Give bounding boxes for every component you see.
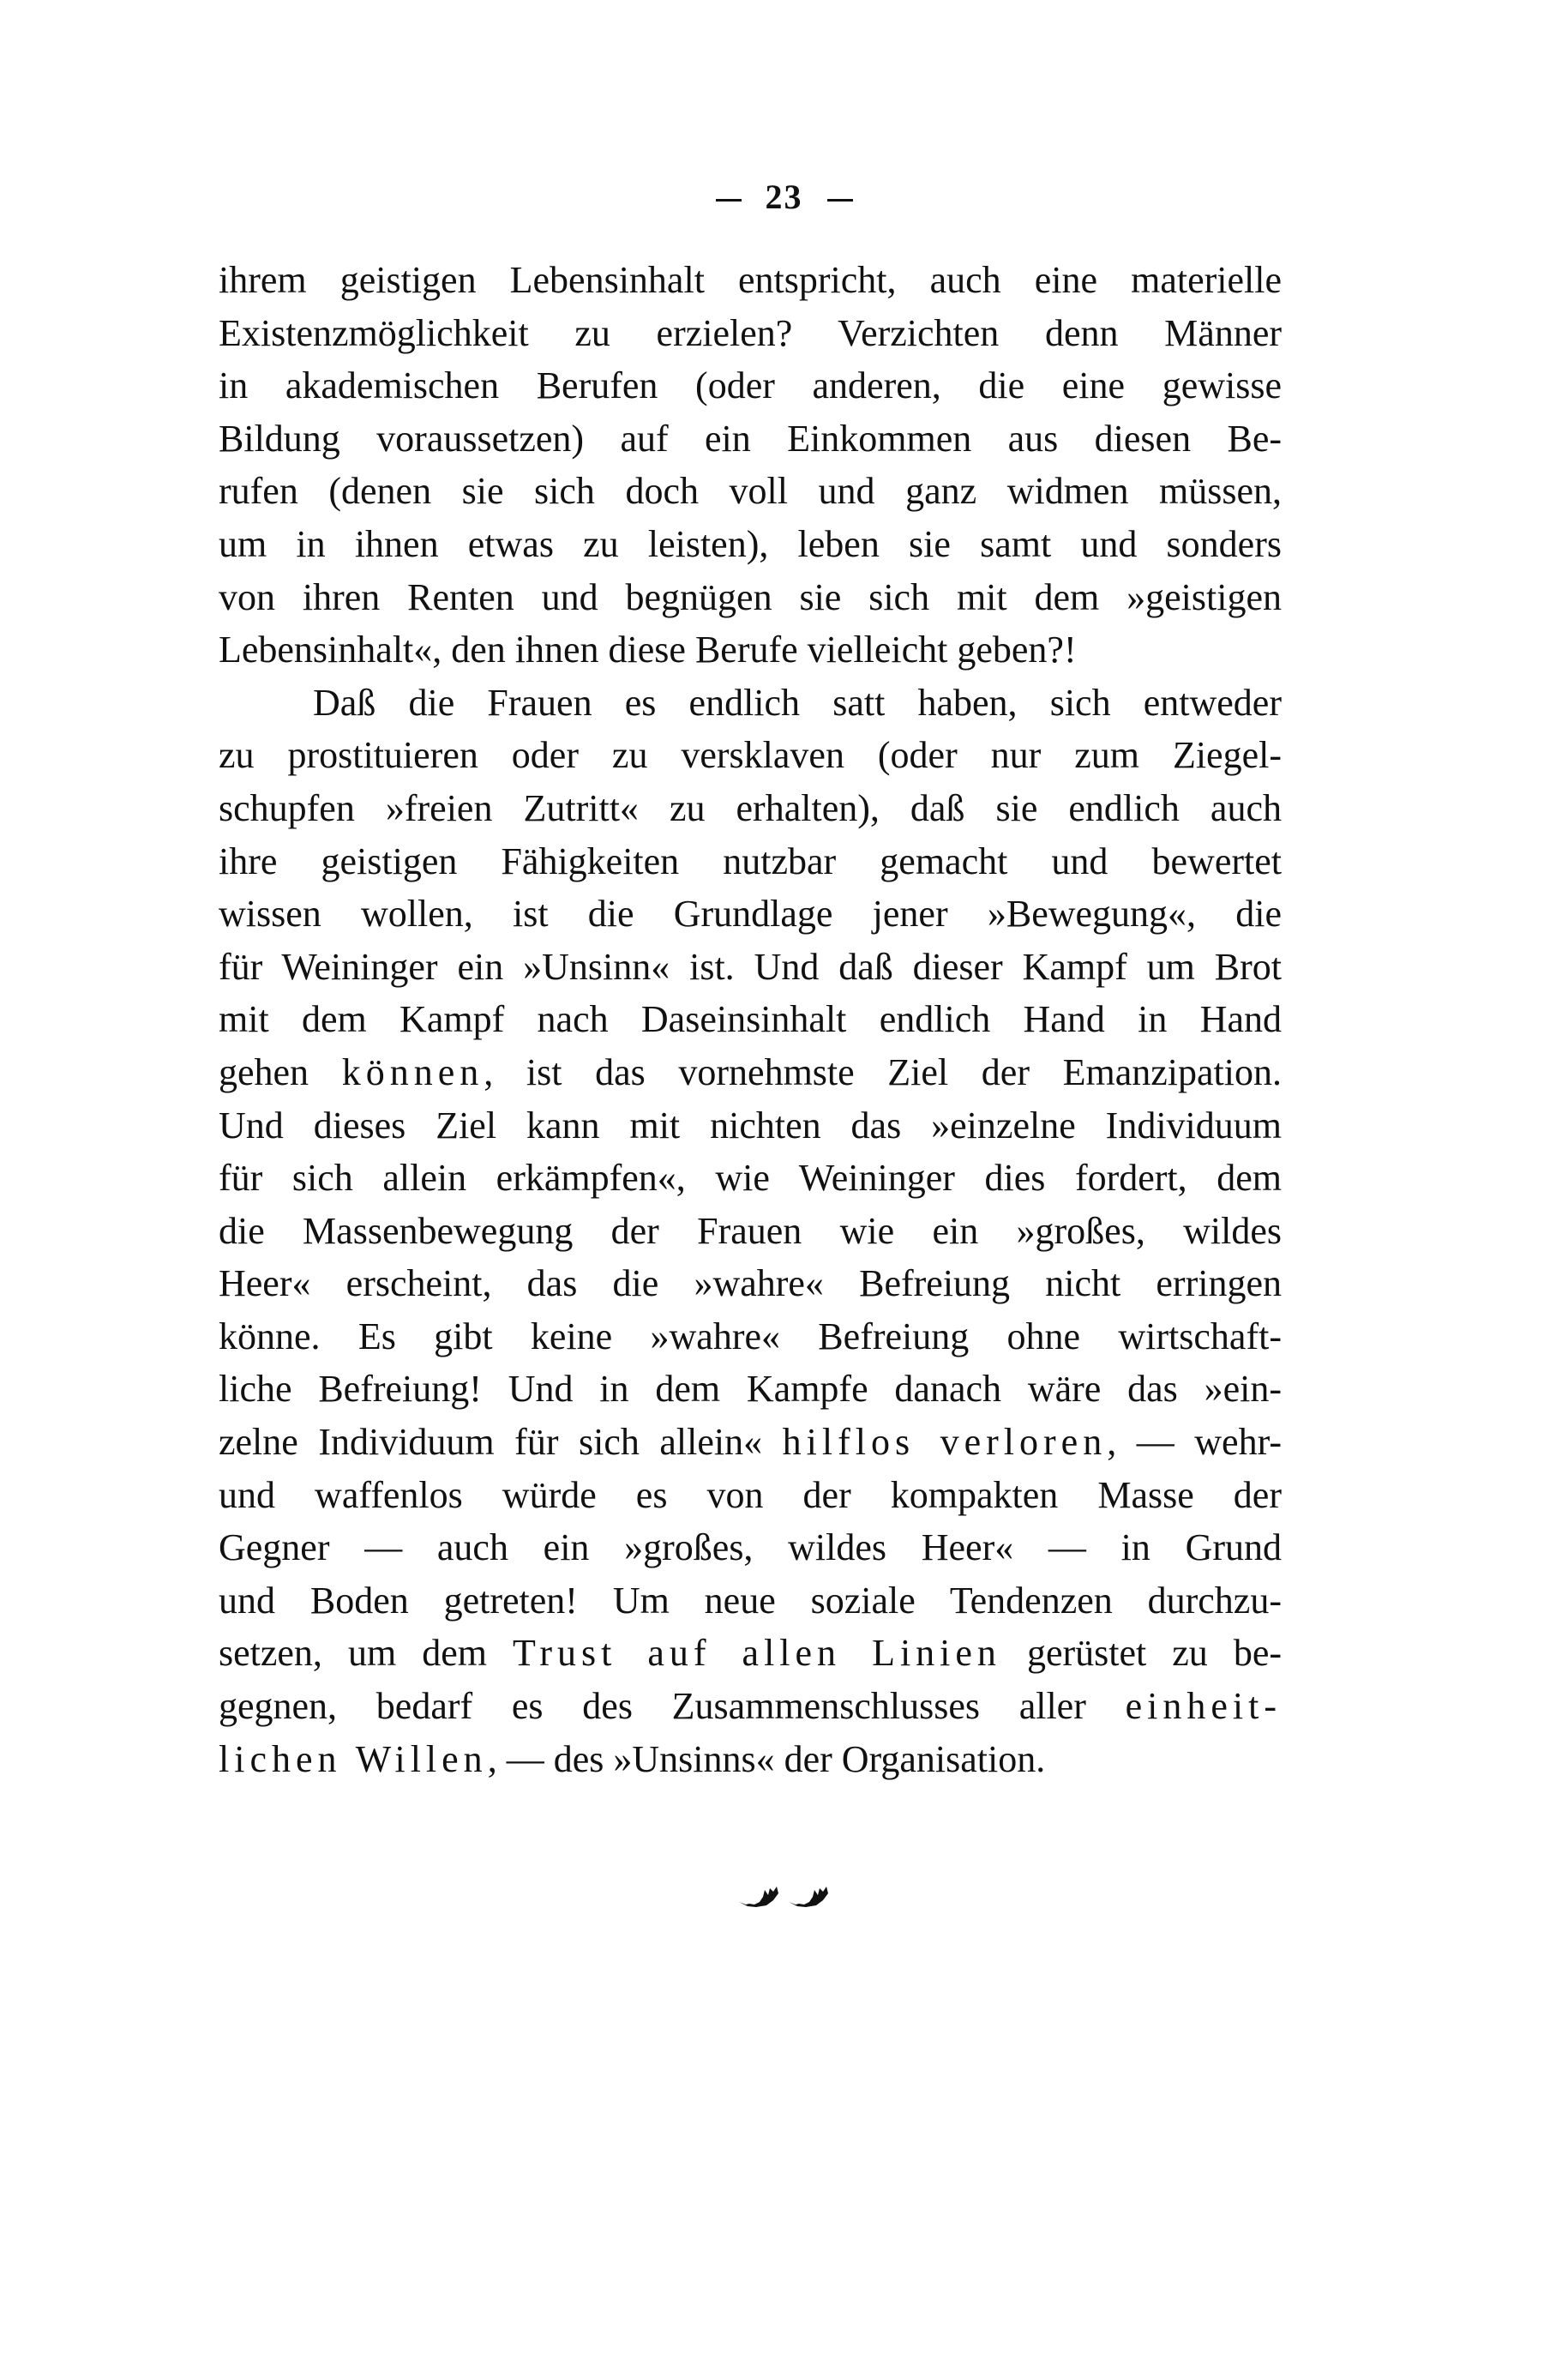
emphasis-text: einheit-: [1126, 1685, 1282, 1727]
text-line: ihre geistigen Fähigkeiten nutzbar gemac…: [219, 835, 1282, 888]
text-line: Bildung voraussetzen) auf ein Einkommen …: [219, 412, 1282, 466]
text-line: und Boden getreten! Um neue soziale Tend…: [219, 1574, 1282, 1628]
text-line: liche Befreiung! Und in dem Kampfe danac…: [219, 1363, 1282, 1416]
text-line: ihrem geistigen Lebensinhalt entspricht,…: [219, 254, 1282, 307]
emphasis-text: lichen Willen: [219, 1738, 488, 1780]
text-line: gehen können, ist das vornehmste Ziel de…: [219, 1046, 1282, 1099]
text-line: und waffenlos würde es von der kompakten…: [219, 1469, 1282, 1522]
text-line: in akademischen Berufen (oder anderen, d…: [219, 359, 1282, 412]
text-line: mit dem Kampf nach Daseinsinhalt endlich…: [219, 993, 1282, 1046]
text-line: Heer« erscheint, das die »wahre« Befreiu…: [219, 1257, 1282, 1310]
text-line: gegnen, bedarf es des Zusammenschlusses …: [219, 1680, 1282, 1733]
text-line: die Massenbewegung der Frauen wie ein »g…: [219, 1205, 1282, 1258]
text-line: für sich allein erkämpfen«, wie Weininge…: [219, 1152, 1282, 1205]
text-line: Daß die Frauen es endlich satt haben, si…: [219, 677, 1282, 730]
text-line: Existenzmöglichkeit zu erzielen? Verzich…: [219, 307, 1282, 360]
text-line: Lebensinhalt«, den ihnen diese Berufe vi…: [219, 623, 1282, 677]
emphasis-text: Trust auf allen Linien: [513, 1632, 1001, 1674]
text-line: für Weininger ein »Unsinn« ist. Und daß …: [219, 941, 1282, 994]
page-number-header: 23: [0, 177, 1568, 217]
dash-right: [827, 199, 853, 202]
text-line: Gegner — auch ein »großes, wildes Heer« …: [219, 1521, 1282, 1574]
text-line: könne. Es gibt keine »wahre« Befreiung o…: [219, 1310, 1282, 1363]
text-line: lichen Willen, — des »Unsinns« der Organ…: [219, 1733, 1282, 1786]
body-text: ihrem geistigen Lebensinhalt entspricht,…: [219, 254, 1282, 1785]
text-line: rufen (denen sie sich doch voll und ganz…: [219, 465, 1282, 518]
page-number: 23: [766, 178, 803, 216]
text-line: um in ihnen etwas zu leisten), leben sie…: [219, 518, 1282, 571]
text-line: wissen wollen, ist die Grundlage jener »…: [219, 888, 1282, 941]
book-page: 23 ihrem geistigen Lebensinhalt entspric…: [0, 0, 1568, 2371]
text-line: setzen, um dem Trust auf allen Linien ge…: [219, 1627, 1282, 1680]
emphasis-text: können: [342, 1051, 484, 1093]
fleuron-icon: [737, 1878, 832, 1912]
text-line: zelne Individuum für sich allein« hilflo…: [219, 1416, 1282, 1469]
emphasis-text: hilflos verloren: [783, 1421, 1108, 1463]
text-line: zu prostituieren oder zu versklaven (ode…: [219, 729, 1282, 782]
text-line: von ihren Renten und begnügen sie sich m…: [219, 571, 1282, 624]
text-line: Und dieses Ziel kann mit nichten das »ei…: [219, 1099, 1282, 1152]
dash-left: [716, 199, 742, 202]
text-line: schupfen »freien Zutritt« zu erhalten), …: [219, 782, 1282, 835]
fleuron-ornament-icon: [0, 1878, 1568, 1917]
